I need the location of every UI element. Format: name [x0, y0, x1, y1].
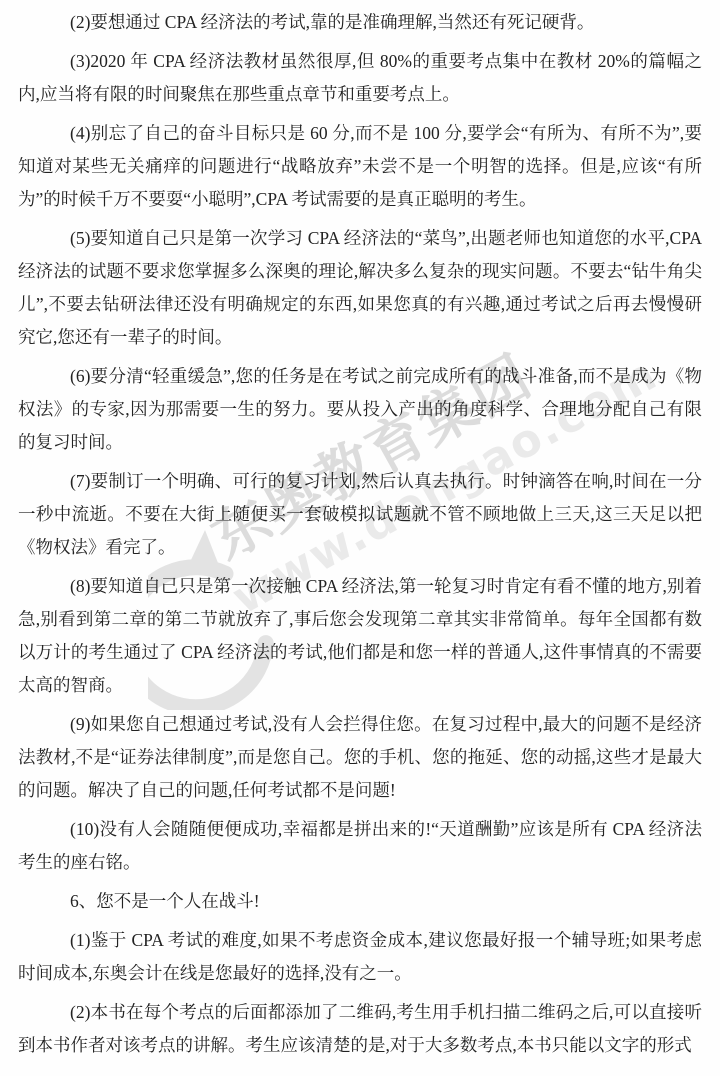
paragraph: (7)要制订一个明确、可行的复习计划,然后认真去执行。时钟滴答在响,时间在一分一…: [18, 465, 702, 564]
paragraph: (10)没有人会随随便便成功,幸福都是拼出来的!“天道酬勤”应该是所有 CPA …: [18, 813, 702, 879]
paragraph: (1)鉴于 CPA 考试的难度,如果不考虑资金成本,建议您最好报一个辅导班;如果…: [18, 924, 702, 990]
paragraph: (9)如果您自己想通过考试,没有人会拦得住您。在复习过程中,最大的问题不是经济法…: [18, 708, 702, 807]
paragraph: (2)本书在每个考点的后面都添加了二维码,考生用手机扫描二维码之后,可以直接听到…: [18, 996, 702, 1062]
section-heading: 6、您不是一个人在战斗!: [18, 885, 702, 918]
document-page: 东奥教育集团 www.dongao.com (2)要想通过 CPA 经济法的考试…: [0, 0, 720, 1076]
paragraph: (8)要知道自己只是第一次接触 CPA 经济法,第一轮复习时肯定有看不懂的地方,…: [18, 570, 702, 702]
paragraph: (6)要分清“轻重缓急”,您的任务是在考试之前完成所有的战斗准备,而不是成为《物…: [18, 360, 702, 459]
document-body: (2)要想通过 CPA 经济法的考试,靠的是准确理解,当然还有死记硬背。(3)2…: [0, 0, 720, 1062]
paragraph: (4)别忘了自己的奋斗目标只是 60 分,而不是 100 分,要学会“有所为、有…: [18, 117, 702, 216]
paragraph: (5)要知道自己只是第一次学习 CPA 经济法的“菜鸟”,出题老师也知道您的水平…: [18, 222, 702, 354]
paragraph: (3)2020 年 CPA 经济法教材虽然很厚,但 80%的重要考点集中在教材 …: [18, 45, 702, 111]
paragraph: (2)要想通过 CPA 经济法的考试,靠的是准确理解,当然还有死记硬背。: [18, 6, 702, 39]
